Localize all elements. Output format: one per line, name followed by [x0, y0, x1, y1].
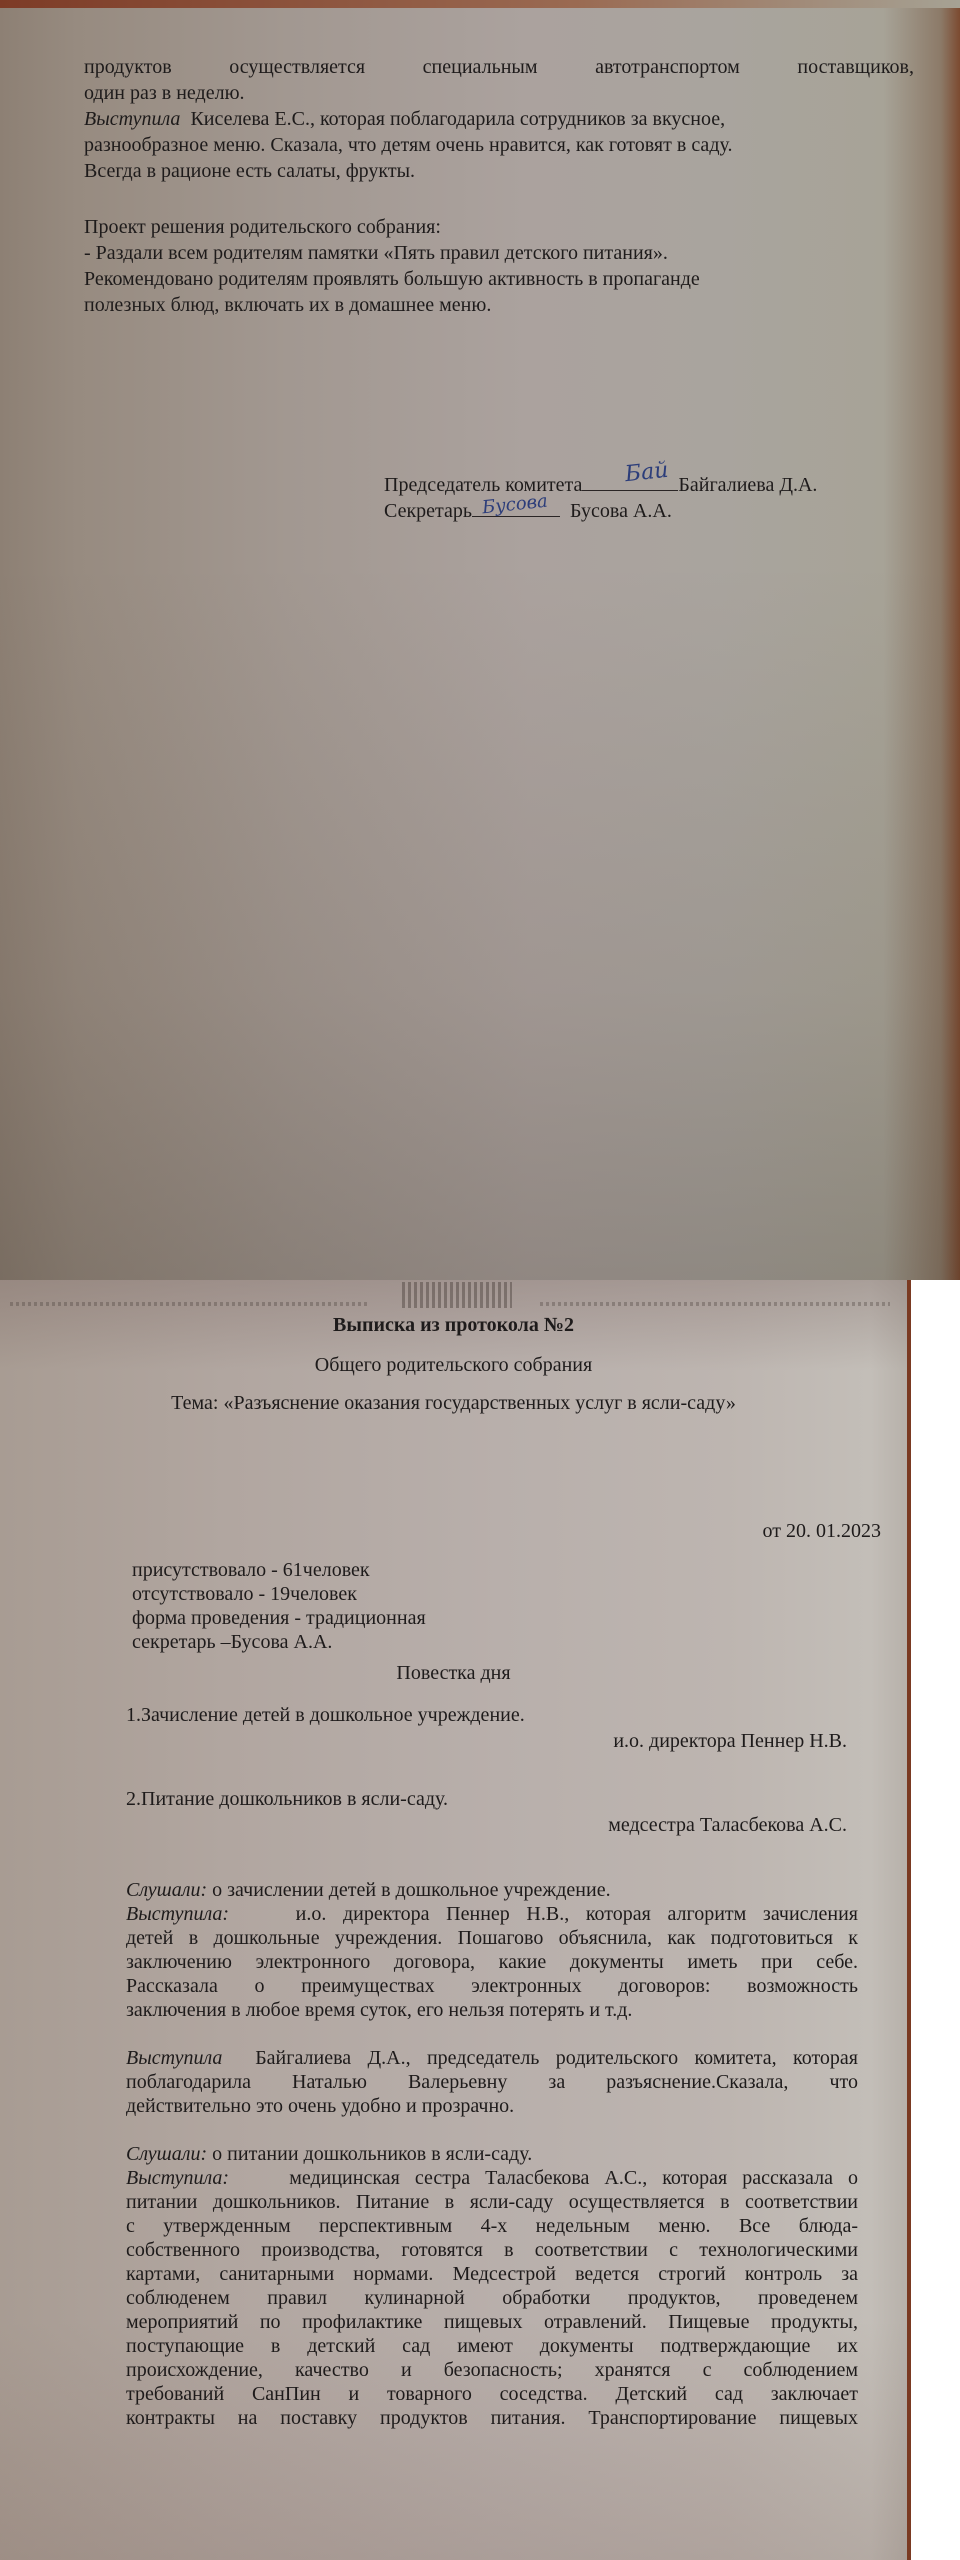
heard-label: Слушали:: [126, 1879, 207, 1901]
chair-signature-line: Председатель комитетаБайгалиева Д.А.: [384, 472, 817, 498]
speaker-label: Выступила: [84, 108, 180, 130]
body-line: собственного производства, готовятся в с…: [126, 2237, 858, 2263]
speaker-label: Выступила:: [126, 2167, 229, 2189]
document-page-2: Выписка из протокола №2 Общего родительс…: [0, 1280, 911, 2560]
document-page-1: продуктов осуществляется специальным авт…: [0, 0, 960, 1280]
speaker-line: Выступила: и.о. директора Пеннер Н.В., к…: [126, 1901, 858, 1927]
body-line: питании дошкольников. Питание в ясли-сад…: [126, 2189, 858, 2215]
chair-signature: Бай: [624, 458, 670, 487]
heard-text: о питании дошкольников в ясли-саду.: [212, 2143, 532, 2165]
body-line: детей в дошкольные учреждения. Пошагово …: [126, 1925, 858, 1951]
attendance-line: присутствовало - 61человек: [132, 1557, 370, 1583]
secretary-name: Бусова А.А.: [570, 500, 672, 522]
speaker-text: Байгалиева Д.А., председатель родительск…: [255, 2047, 858, 2069]
agenda-responsible: медсестра Таласбекова А.С.: [608, 1812, 847, 1838]
speaker-line: Выступила: медицинская сестра Таласбеков…: [126, 2165, 858, 2191]
body-line: мероприятий по профилактике пищевых отра…: [126, 2309, 858, 2335]
attendance-line: форма проведения - традиционная: [132, 1605, 426, 1631]
scan-artifact: [402, 1282, 512, 1308]
speaker-text: медицинская сестра Таласбекова А.С., кот…: [289, 2167, 858, 2189]
body-line: один раз в неделю.: [84, 80, 245, 106]
heard-label: Слушали:: [126, 2143, 207, 2165]
attendance-line: отсутствовало - 19человек: [132, 1581, 357, 1607]
speaker-text: и.о. директора Пеннер Н.В., которая алго…: [296, 1903, 858, 1925]
speaker-label: Выступила:: [126, 1903, 229, 1925]
heard-text: о зачислении детей в дошкольное учрежден…: [212, 1879, 610, 1901]
body-line: происхождение, качество и безопасность; …: [126, 2357, 858, 2383]
speaker-line: Выступила Байгалиева Д.А., председатель …: [126, 2045, 858, 2071]
body-line: разнообразное меню. Сказала, что детям о…: [84, 132, 733, 158]
body-line: с утвержденным перспективным 4-х недельн…: [126, 2213, 858, 2239]
agenda-item: 2.Питание дошкольников в ясли-саду.: [126, 1786, 448, 1812]
body-line: Рассказала о преимуществах электронных д…: [126, 1973, 858, 1999]
chair-name: Байгалиева Д.А.: [678, 474, 817, 496]
body-line: Всегда в рационе есть салаты, фрукты.: [84, 158, 415, 184]
decision-line: Рекомендовано родителям проявлять большу…: [84, 266, 700, 292]
body-line: контракты на поставку продуктов питания.…: [126, 2405, 858, 2431]
document-title: Выписка из протокола №2: [0, 1312, 907, 1338]
body-line: картами, санитарными нормами. Медсестрой…: [126, 2261, 858, 2287]
document-subtitle: Общего родительского собрания: [0, 1352, 907, 1378]
scan-artifact: [10, 1302, 370, 1306]
body-line: заключению электронного договора, какие …: [126, 1949, 858, 1975]
heard-line: Слушали: о зачислении детей в дошкольное…: [126, 1877, 611, 1903]
body-line: поблагодарила Наталью Валерьевну за разъ…: [126, 2069, 858, 2095]
body-line: соблюденем правил кулинарной обработки п…: [126, 2285, 858, 2311]
attendance-line: секретарь –Бусова А.А.: [132, 1629, 332, 1655]
agenda-responsible: и.о. директора Пеннер Н.В.: [613, 1728, 847, 1754]
document-topic: Тема: «Разъяснение оказания государствен…: [0, 1390, 907, 1416]
decision-line: полезных блюд, включать их в домашнее ме…: [84, 292, 491, 318]
speaker-label: Выступила: [126, 2047, 222, 2069]
document-date: от 20. 01.2023: [763, 1518, 881, 1544]
body-line: продуктов осуществляется специальным авт…: [84, 54, 914, 80]
scan-artifact: [540, 1302, 890, 1306]
speaker-paragraph: Выступила Киселева Е.С., которая поблаго…: [84, 106, 725, 132]
body-line: требований СанПин и товарного соседства.…: [126, 2381, 858, 2407]
decision-line: - Раздали всем родителям памятки «Пять п…: [84, 240, 668, 266]
secretary-label: Секретарь: [384, 500, 472, 522]
body-line: поступающие в детский сад имеют документ…: [126, 2333, 858, 2359]
body-line: действительно это очень удобно и прозрач…: [126, 2093, 514, 2119]
heard-line: Слушали: о питании дошкольников в ясли-с…: [126, 2141, 532, 2167]
agenda-title: Повестка дня: [0, 1660, 907, 1686]
chair-label: Председатель комитета: [384, 474, 582, 496]
speaker-text: Киселева Е.С., которая поблагодарила сот…: [190, 108, 725, 130]
body-line: заключения в любое время суток, его нель…: [126, 1997, 632, 2023]
agenda-item: 1.Зачисление детей в дошкольное учрежден…: [126, 1702, 525, 1728]
decision-title: Проект решения родительского собрания:: [84, 214, 441, 240]
